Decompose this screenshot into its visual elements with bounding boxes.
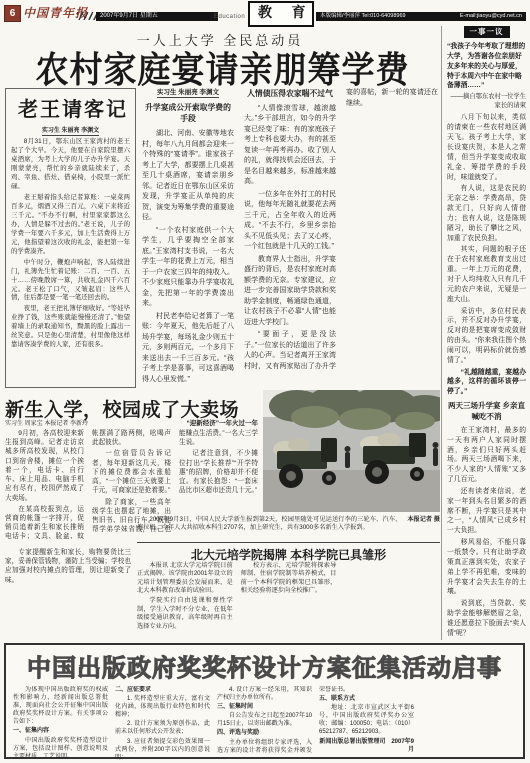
body-paragraph: 9月初，各高校迎来新生报到高峰。记者走访京城多所高校发现，从校门口到宿舍楼，摊位… (5, 429, 84, 503)
page-number: 6 (4, 5, 21, 22)
boxed-feature-body: 8月31日，鄂东山区王家湾村的老王起了个大早。今天，他要在自家院里摆六桌酒席，为… (11, 138, 130, 350)
notice-paragraph: 中国出版政府奖奖杯造型设计方案，包括设计图样、创意说明及主要材质、工艺说明。 (13, 737, 108, 761)
market-article-byline: 实习生 周家宝 本报记者 李新玲 (5, 418, 88, 427)
notice-body: 为体现中国出版政府奖的权威性和影响力，经新闻出版总署批准，现面向社会公开征集中国… (13, 686, 516, 762)
main-article-body: 实习生 朱丽亮 李渊文 升学宴成公开索取学费的手段 湖北、河南、安徽等地农村，每… (142, 88, 438, 388)
notice-paragraph: 4. 设计方案一经采用，其知识产权归主办单位所有。 (217, 686, 312, 702)
news-photo (263, 390, 440, 512)
body-paragraph: 8月31日，鄂东山区王家湾村的老王起了个大早。今天，他要在自家院里摆六桌酒席，为… (11, 138, 130, 192)
body-paragraph: 中午时分，鞭炮声响起，客人陆续进门，礼簿先生忙着记账：二百、一百、五十……傍晚散… (11, 259, 130, 304)
body-paragraph: 校方表示，元培学院将探索导师制、住宿学院制等培养模式，目前一个本科学院的框架已具… (241, 562, 337, 595)
notice-paragraph: 2. 设计方案须为原创作品，此前未以任何形式公开发表； (115, 720, 210, 736)
masthead-hatch-decoration (77, 12, 96, 20)
date-bar: 2007年9月7日 星期五 (96, 12, 218, 21)
sidebar-column-label: 一事一议 (464, 26, 510, 38)
body-paragraph: 学院实行自由选课和弹性学制，学生入学时不分专业，在低年级接受通识教育，高年级时再… (137, 597, 233, 630)
sidebar-column: 一事一议 “我孩子今年考取了理想的大学，为答谢各位亲朋好友多年来的关心与厚爱，特… (441, 26, 526, 640)
notice-paragraph: 为体现中国出版政府奖的权威性和影响力，经新闻出版总署批准，现面向社会公开征集中国… (13, 686, 108, 726)
notice-paragraph: 1. 奖杯造型庄重大方，富有文化内涵，体现出版行业特色和时代精神； (115, 695, 210, 719)
body-paragraph: 记者注意到，不少摊位打出“学长推荐”“开学特惠”的招牌，价格却并不便宜。有家长抱… (179, 449, 258, 495)
main-article-subhead: 升学宴成公开索取学费的手段 (142, 102, 234, 125)
body-paragraph: “一个农村家庭供一个大学生，几乎要掏空全部家底。”王家湾村支书说，一名大学生一年… (142, 226, 234, 310)
notice-section-header: 四、评选与奖励 (217, 729, 312, 737)
sidebar-quote-attribution: ——摘自鄂东农村一位学生家长的请柬 (447, 92, 526, 110)
notice-paragraph: 自公告发布之日起至2007年10月15日止，以寄出邮戳为准。 (217, 712, 312, 728)
notice-paragraph: 地址：北京市宣武区太平街6号，中国出版政府奖评奖办公室收；邮编：100050；电… (319, 704, 414, 736)
notice-section-header: 二、应征要求 (115, 686, 210, 694)
sidebar-paragraph: 移风易俗，不能只靠一纸禁令。只有让助学政策真正落到实处，农家子弟上学不再犯难，变… (447, 538, 526, 597)
main-article-byline: 实习生 朱丽亮 李渊文 (142, 88, 234, 98)
byline-text: 实习生 朱丽亮 李渊文 (157, 89, 219, 98)
sidebar-quote: “我孩子今年考取了理想的大学，为答谢各位亲朋好友多年来的关心与厚爱，特于本周六中… (447, 42, 526, 91)
news-photo-illustration (263, 390, 440, 512)
boxed-feature-article: 老王请客记 实习生 朱丽亮 李渊文 8月31日，鄂东山区王家湾村的老王起了个大早… (5, 88, 136, 388)
sidebar-subhead: 两天三场升学宴 乡亲直喊吃不消 (447, 401, 526, 423)
lead-headline: 农村家庭宴请亲朋筹学费 (10, 42, 435, 93)
photo-credit: 本报记者 摄 (407, 516, 440, 524)
notice-section-header: 五、联系方式 (319, 695, 414, 703)
notice-box: 中国出版政府奖奖杯设计方案征集活动启事 为体现中国出版政府奖的权威性和影响力，经… (4, 643, 525, 759)
body-paragraph: 村民老李给记者算了一笔账：今年夏天，他先后赶了八场升学宴，每场礼金少则五十元，多… (142, 312, 234, 386)
byline-text: 实习生 朱丽亮 李渊文 (42, 128, 99, 136)
body-paragraph: 一位多年在外打工的村民说，他每年光随礼就要花去两三千元，占全年收入的近两成。“不… (244, 190, 336, 253)
boxed-feature-byline: 实习生 朱丽亮 李渊文 (11, 125, 130, 134)
body-paragraph: 专家提醒新生和家长，购物要货比三家，妥善保管钱物，谨防上当受骗；学校也应加强对校… (5, 548, 131, 585)
notice-title: 中国出版政府奖奖杯设计方案征集活动启事 (6, 648, 523, 683)
main-article-subhead: 人情债压得农家喘不过气 (244, 88, 336, 100)
body-paragraph: 本报讯 北京大学元培学院日前正式揭牌。该学院由2001年设立的元培计划管理委员会… (137, 562, 233, 595)
sidebar-paragraph: 采访中，多位村民表示，并不反对办升学宴，反对的是把宴席变成敛财的由头。“你来我往… (447, 307, 526, 366)
body-paragraph: 湖北、河南、安徽等地农村，每年八九月间都会迎来一个特殊的“宴请季”。谁家孩子考上… (142, 129, 234, 224)
sidebar-paragraph: 八月下旬以来，类似的请柬在一些农村地区满天飞。孩子考上大学，家长设宴庆贺，本是人… (447, 113, 526, 182)
sidebar-paragraph: 在王家湾村，最多的一天有两户人家同时摆酒，乡亲们只好两头赶场。两天三场酒喝下来，… (447, 426, 526, 485)
market-article-continuation: 专家提醒新生和家长，购物要货比三家，妥善保管钱物，谨防上当受骗；学校也应加强对校… (5, 548, 131, 638)
newspaper-page: 6 中国青年报 2007年9月7日 星期五 Education 教 育 本版编辑… (0, 0, 530, 763)
editor-contact: 本版编辑/李丽萍 Tel:010-64098969 (320, 12, 406, 21)
section-title-box: 教 育 (248, 1, 314, 27)
body-paragraph: 夜里，老王把礼簿仔细收好。“等娃毕业挣了钱，这些账就能慢慢还清了。”他望着墙上的… (11, 305, 130, 350)
body-paragraph: “人情像滚雪球，越滚越大。”乡干部坦言，如今的升学宴已经变了味：有的家庭孩子考上… (244, 104, 336, 188)
market-article-leadin: “迎新经济”一年火过一年 (187, 418, 259, 427)
notice-signature: 新闻出版总署出版管理司 2007年9月 (319, 738, 414, 754)
sidebar-paragraph: 说到底，当贷款、奖助学金能够解燃眉之急，谁还愿意拉下脸面去“卖人情”呢？ (447, 599, 526, 638)
body-paragraph: 老王掰着指头给记者算账：一桌菜两百多元，烟酒又得三百元，六桌下来将近三千元。“不… (11, 194, 130, 257)
body-paragraph: 教育界人士指出，升学宴盛行的背后，是农村家庭对高额学费的无奈。专家建议，应进一步… (244, 255, 336, 329)
brief-article-headline: 北大元培学院揭牌 本科学院已具雏形 (137, 546, 440, 563)
notice-section-header: 一、征集内容 (13, 727, 108, 735)
notice-paragraph: 3. 应征者须提交彩色效果图一式两份，并附200字以内的创意说明； (115, 738, 210, 762)
section-name-english: Education (214, 14, 245, 20)
sidebar-paragraph: 其实，问题的根子还在于农村家庭教育支出过重。一年上万元的花费，对于人均纯收入只有… (447, 245, 526, 304)
sidebar-pullquote: “礼越随越重，宴越办越多，这样的循环该停一停了。” (447, 368, 526, 398)
boxed-feature-headline: 老王请客记 (11, 93, 130, 122)
photo-caption: 本报记者 摄 2007年9月3日，中国人民大学新生报到第2天，校园里随处可见运送… (137, 516, 440, 535)
body-paragraph: 一位宿管员告诉记者，每年迎新这几天，楼下的摊位费都会水涨船高，“一个摊位三天就要… (92, 449, 171, 495)
sidebar-paragraph: 还有读者来信说，老家一年到头名目繁多的酒席不断，升学宴只是其中之一，“人情风”已… (447, 487, 526, 536)
editor-info-bar: 本版编辑/李丽萍 Tel:010-64098969 E-mail:jiaoyu@… (316, 12, 526, 21)
brief-article-body: 本报讯 北京大学元培学院日前正式揭牌。该学院由2001年设立的元培计划管理委员会… (137, 562, 440, 640)
notice-section-header: 三、征集时间 (217, 703, 312, 711)
photo-caption-text: 2007年9月3日，中国人民大学新生报到第2天，校园里随处可见运送行李的三轮车、… (137, 516, 440, 533)
caption-divider-rule (137, 542, 440, 543)
section-email: E-mail:jiaoyu@cyd.net.cn (460, 12, 522, 21)
sidebar-paragraph: 有人说，这是农民的无奈之举：学费高昂，贷款无门，只好向人情借力；也有人说，这是陈… (447, 184, 526, 243)
market-article-byline-row: 实习生 周家宝 本报记者 李新玲 “迎新经济”一年火过一年 (5, 418, 258, 427)
